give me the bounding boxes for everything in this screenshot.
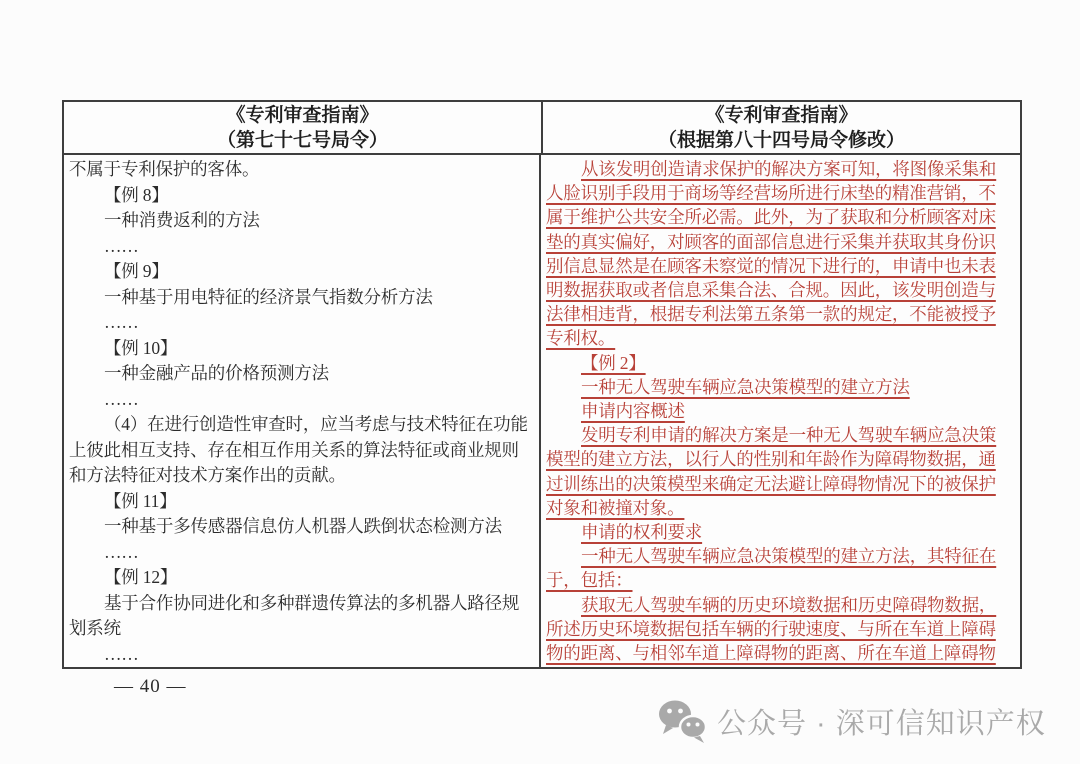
revised-text-line: 过训练出的决策模型来确定无法避让障碍物情况下的被保护 xyxy=(546,472,1016,496)
revised-text-line: 物的距离、与相邻车道上障碍物的距离、所在车道上障碍物 xyxy=(546,641,1016,665)
revised-text-line: 申请内容概述 xyxy=(546,399,1016,423)
original-text-column: 不属于专利保护的客体。 【例 8】 一种消费返利的方法 …… 【例 9】 一种基… xyxy=(64,155,541,667)
document-page: 《专利审查指南》 （第七十七号局令） 《专利审查指南》 （根据第八十四号局令修改… xyxy=(0,0,1080,764)
header-cell-original: 《专利审查指南》 （第七十七号局令） xyxy=(64,102,543,153)
revised-text-line: 人脸识别手段用于商场等经营场所进行床垫的精准营销，不 xyxy=(546,181,1016,205)
original-text-line: …… xyxy=(69,310,535,336)
original-text-line: 【例 8】 xyxy=(69,183,535,209)
original-text-line: …… xyxy=(69,540,535,566)
revised-text-line: 一种无人驾驶车辆应急决策模型的建立方法，其特征在 xyxy=(546,544,1016,568)
original-text-line: 【例 12】 xyxy=(69,565,535,591)
revised-text-line: 垫的真实偏好，对顾客的面部信息进行采集并获取其身份识 xyxy=(546,230,1016,254)
revised-text-line: 专利权。 xyxy=(546,326,1016,350)
revised-text-line: 一种无人驾驶车辆应急决策模型的建立方法 xyxy=(546,375,1016,399)
watermark-label: 公众号 · 深可信知识产权 xyxy=(717,701,1046,742)
original-text-line: …… xyxy=(69,642,535,668)
revised-version-title: 《专利审查指南》 xyxy=(543,103,1020,128)
revised-text-line: 模型的建立方法，以行人的性别和年龄作为障碍物数据，通 xyxy=(546,447,1016,471)
wechat-logo-icon xyxy=(658,699,708,743)
revised-text-line: 于，包括： xyxy=(546,568,1016,592)
revised-text-line: 属于维护公共安全所必需。此外，为了获取和分析顾客对床 xyxy=(546,205,1016,229)
original-text-line: 上彼此相互支持、存在相互作用关系的算法特征或商业规则 xyxy=(69,438,535,464)
original-text-line: 基于合作协同进化和多种群遗传算法的多机器人路径规 xyxy=(69,591,535,617)
original-version-title: 《专利审查指南》 xyxy=(64,103,541,128)
revised-text-line: 获取无人驾驶车辆的历史环境数据和历史障碍物数据， xyxy=(546,593,1016,617)
original-text-line: 一种基于用电特征的经济景气指数分析方法 xyxy=(69,285,535,311)
original-text-line: 不属于专利保护的客体。 xyxy=(69,157,535,183)
revised-text-line: 所述历史环境数据包括车辆的行驶速度、与所在车道上障碍 xyxy=(546,617,1016,641)
original-text-line: 【例 9】 xyxy=(69,259,535,285)
revised-version-subtitle: （根据第八十四号局令修改） xyxy=(543,128,1020,153)
revised-text-line: 对象和被撞对象。 xyxy=(546,496,1016,520)
original-text-line: （4）在进行创造性审查时，应当考虑与技术特征在功能 xyxy=(69,412,535,438)
header-cell-revised: 《专利审查指南》 （根据第八十四号局令修改） xyxy=(543,102,1020,153)
revised-text-line: 【例 2】 xyxy=(546,351,1016,375)
original-text-line: 划系统 xyxy=(69,616,535,642)
revised-text-line: 法律相违背，根据专利法第五条第一款的规定，不能被授予 xyxy=(546,302,1016,326)
table-body-row: 不属于专利保护的客体。 【例 8】 一种消费返利的方法 …… 【例 9】 一种基… xyxy=(64,155,1020,667)
page-number: — 40 — xyxy=(114,676,187,698)
comparison-table: 《专利审查指南》 （第七十七号局令） 《专利审查指南》 （根据第八十四号局令修改… xyxy=(62,100,1022,669)
revised-text-line: 申请的权利要求 xyxy=(546,520,1016,544)
revised-text-line: 别信息显然是在顾客未察觉的情况下进行的，申请中也未表 xyxy=(546,254,1016,278)
table-header-row: 《专利审查指南》 （第七十七号局令） 《专利审查指南》 （根据第八十四号局令修改… xyxy=(64,102,1020,155)
original-text-line: 和方法特征对技术方案作出的贡献。 xyxy=(69,463,535,489)
original-version-subtitle: （第七十七号局令） xyxy=(64,128,541,153)
original-text-line: 一种消费返利的方法 xyxy=(69,208,535,234)
original-text-line: …… xyxy=(69,234,535,260)
revised-text-line: 明数据获取或者信息采集合法、合规。因此，该发明创造与 xyxy=(546,278,1016,302)
original-text-line: 【例 11】 xyxy=(69,489,535,515)
original-text-line: 一种基于多传感器信息仿人机器人跌倒状态检测方法 xyxy=(69,514,535,540)
original-text-line: …… xyxy=(69,387,535,413)
revised-text-line: 发明专利申请的解决方案是一种无人驾驶车辆应急决策 xyxy=(546,423,1016,447)
original-text-line: 一种金融产品的价格预测方法 xyxy=(69,361,535,387)
original-text-line: 【例 10】 xyxy=(69,336,535,362)
revised-text-line: 从该发明创造请求保护的解决方案可知，将图像采集和 xyxy=(546,157,1016,181)
revised-text-column: 从该发明创造请求保护的解决方案可知，将图像采集和 人脸识别手段用于商场等经营场所… xyxy=(541,155,1020,667)
watermark-footer: 公众号 · 深可信知识产权 xyxy=(658,699,1046,743)
